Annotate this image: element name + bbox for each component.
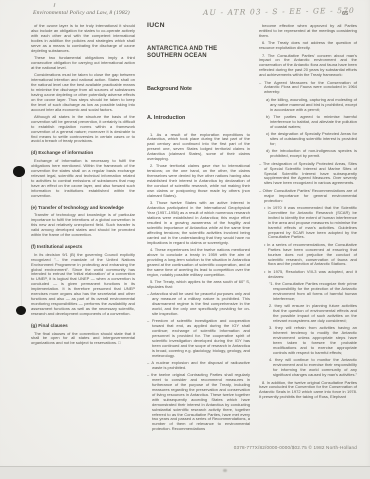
paragraph: become effective when approved by all Pa… xyxy=(259,24,357,39)
paragraph: 2. Those territorial claims gave rise to… xyxy=(147,164,250,198)
section-heading: A. Introduction xyxy=(147,116,250,121)
scan-background xyxy=(0,467,370,479)
paragraph: The final clauses of the convention shou… xyxy=(31,332,135,347)
scanned-journal-page: Environmental Policy and Law, 8 (1982) A… xyxy=(0,0,370,479)
quoted-item: 2. they will ensure in planning future a… xyxy=(261,304,357,324)
hole-punch-ink-dot xyxy=(16,306,26,315)
paragraph: These two fundamental obligations imply … xyxy=(31,56,135,71)
hole-punch-ink-dot xyxy=(13,166,25,177)
sub-item: b) The parties agreed to minimise harmfu… xyxy=(261,115,357,130)
bullet-item: • In 1970 it was recommended that the Sc… xyxy=(261,206,357,240)
dash-item: – Other Consultative Parties' Recommenda… xyxy=(259,189,357,204)
left-column: of the ozone layer is to be truly intern… xyxy=(31,24,135,444)
section-heading: (g) Final clauses xyxy=(31,324,135,329)
quoted-item: 3. they will refrain from activities hav… xyxy=(261,326,357,355)
quoted-item: "1. the Consultative Parties recognize t… xyxy=(261,282,357,302)
dash-item: – the twelve original Contracting Partie… xyxy=(147,373,250,432)
paragraph: Transfer of technology and knowledge is … xyxy=(31,213,135,238)
sub-item: a) the killing, wounding, capturing and … xyxy=(261,98,357,113)
paragraph: Exchange of information is necessary to … xyxy=(31,159,135,198)
ink-smudge xyxy=(223,469,227,472)
paragraph: of the ozone layer is to be truly intern… xyxy=(31,24,135,53)
paragraph: Although all states in the structure the… xyxy=(31,115,135,144)
middle-column: IUCNANTARCTICA AND THE SOUTHERN OCEANBac… xyxy=(147,22,250,446)
handwritten-annotation: AU - ATR 03 - S - EE - GE - 570 xyxy=(203,6,355,17)
paragraph: Considerations must be taken to close th… xyxy=(31,73,135,112)
section-heading: (d) Exchange of information xyxy=(31,151,135,156)
paragraph: 7. The Consultative Parties' concern abo… xyxy=(259,54,357,79)
paragraph: 6. The Treaty does not address the quest… xyxy=(259,41,357,51)
paragraph: 4. These experiences led the twelve nati… xyxy=(147,248,250,277)
sub-item: c) the designation of Specially Protecte… xyxy=(261,132,357,147)
journal-title: Environmental Policy and Law, 8 (1982) xyxy=(33,10,130,16)
pen-tick-mark xyxy=(54,3,56,7)
dash-item: – A nuclear explosion and the disposal o… xyxy=(147,361,250,371)
sub-item: d) the introduction of non-indigenous sp… xyxy=(261,149,357,159)
paragraph: 1. As a result of the exploration expedi… xyxy=(147,133,250,162)
paragraph: 5. The Treaty, which applies to the area… xyxy=(147,280,250,290)
publisher-imprint: 0378-777X/82/0000-0000/$02.75 © 1982 Nor… xyxy=(234,445,357,450)
dash-item: – The Agreed Measures for the Conservati… xyxy=(259,81,357,96)
paragraph: 8. In addition, the twelve original Cons… xyxy=(259,381,357,401)
bullet-item: • In a series of recommendations, the Co… xyxy=(261,243,357,268)
section-heading: (e) Transfer of technology and knowledge xyxy=(31,206,135,211)
dash-item: – Antarctica shall be used for peaceful … xyxy=(147,292,250,317)
article-subtitle: Background Note xyxy=(147,87,250,92)
dash-item: – The designation of Specially Protected… xyxy=(259,162,357,187)
page-number: 65 xyxy=(342,11,348,17)
paragraph: 3. Those twelve States with an active in… xyxy=(147,201,250,245)
quoted-item: 4. they will continue to monitor the Ant… xyxy=(261,358,357,378)
article-organization: IUCN xyxy=(147,24,250,29)
bullet-item: • In 1975, Resolution VIII-3 was adopted… xyxy=(261,270,357,280)
section-heading: (f) Institutional aspects xyxy=(31,245,135,250)
article-title: ANTARCTICA AND THE SOUTHERN OCEAN xyxy=(147,46,250,61)
dash-item: – Freedom of scientific investigation an… xyxy=(147,319,250,358)
paper-crease xyxy=(21,176,22,306)
right-column: become effective when approved by all Pa… xyxy=(259,24,357,442)
paragraph: In its decision 9/1 (B) the governing Co… xyxy=(31,253,135,317)
